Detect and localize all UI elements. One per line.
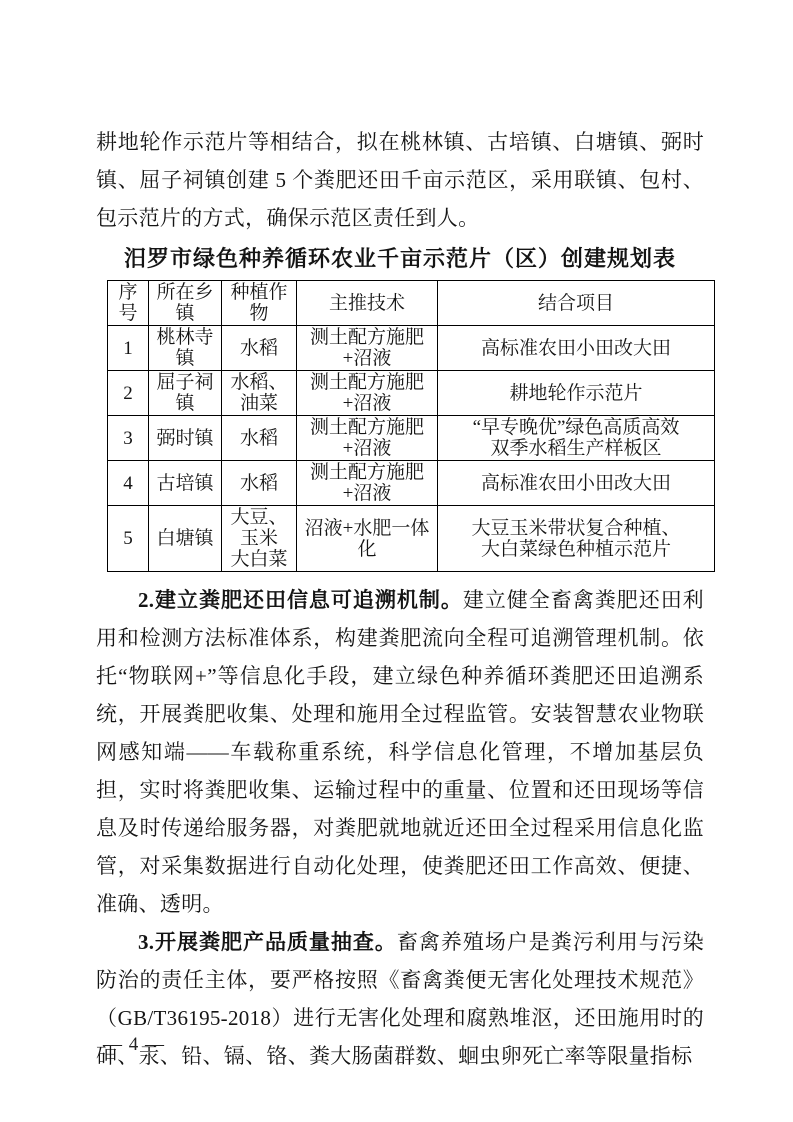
table-cell: 1 xyxy=(108,326,149,371)
table-cell: 2 xyxy=(108,371,149,416)
table-row: 3 弼时镇 水稻 测土配方施肥+沼液 “早专晚优”绿色高质高效 双季水稻生产样板… xyxy=(108,416,715,461)
page-number: — 4 — xyxy=(103,1034,165,1056)
table-cell: 耕地轮作示范片 xyxy=(438,371,715,416)
table-cell: 水稻、油菜 xyxy=(222,371,297,416)
paragraph-continuation: 耕地轮作示范片等相结合，拟在桃林镇、古培镇、白塘镇、弼时镇、屈子祠镇创建 5 个… xyxy=(96,123,704,237)
table-cell: 测土配方施肥+沼液 xyxy=(297,371,438,416)
table-header-cell: 序号 xyxy=(108,281,149,326)
table-cell: 测土配方施肥+沼液 xyxy=(297,326,438,371)
paragraph-lead: 3.开展粪肥产品质量抽查。 xyxy=(138,930,397,954)
table-cell: 水稻 xyxy=(222,461,297,506)
table-title: 汨罗市绿色种养循环农业千亩示范片（区）创建规划表 xyxy=(96,240,704,277)
table-header-cell: 结合项目 xyxy=(438,281,715,326)
table-cell: 屈子祠镇 xyxy=(149,371,222,416)
table-row: 2 屈子祠镇 水稻、油菜 测土配方施肥+沼液 耕地轮作示范片 xyxy=(108,371,715,416)
paragraph-section-3: 3.开展粪肥产品质量抽查。畜禽养殖场户是粪污利用与污染防治的责任主体，要严格按照… xyxy=(96,923,704,1075)
document-page: 耕地轮作示范片等相结合，拟在桃林镇、古培镇、白塘镇、弼时镇、屈子祠镇创建 5 个… xyxy=(0,0,793,1122)
table-cell: 白塘镇 xyxy=(149,506,222,572)
paragraph-text: 建立健全畜禽粪肥还田利用和检测方法标准体系，构建粪肥流向全程可追溯管理机制。依托… xyxy=(96,588,704,916)
table-cell: 5 xyxy=(108,506,149,572)
paragraph-lead: 2.建立粪肥还田信息可追溯机制。 xyxy=(138,588,463,612)
table-cell: 古培镇 xyxy=(149,461,222,506)
document-content: 耕地轮作示范片等相结合，拟在桃林镇、古培镇、白塘镇、弼时镇、屈子祠镇创建 5 个… xyxy=(96,123,704,1075)
paragraph-section-2: 2.建立粪肥还田信息可追溯机制。建立健全畜禽粪肥还田利用和检测方法标准体系，构建… xyxy=(96,581,704,923)
table-row: 4 古培镇 水稻 测土配方施肥+沼液 高标准农田小田改大田 xyxy=(108,461,715,506)
table-cell: 4 xyxy=(108,461,149,506)
table-cell: 水稻 xyxy=(222,416,297,461)
paragraph-text: 耕地轮作示范片等相结合，拟在桃林镇、古培镇、白塘镇、弼时镇、屈子祠镇创建 5 个… xyxy=(96,130,704,230)
table-row: 5 白塘镇 大豆、玉米 大白菜 沼液+水肥一体化 大豆玉米带状复合种植、 大白菜… xyxy=(108,506,715,572)
table-cell: 沼液+水肥一体化 xyxy=(297,506,438,572)
table-header-cell: 主推技术 xyxy=(297,281,438,326)
table-header-cell: 种植作物 xyxy=(222,281,297,326)
table-cell: 高标准农田小田改大田 xyxy=(438,326,715,371)
table-cell: 高标准农田小田改大田 xyxy=(438,461,715,506)
table-cell: 测土配方施肥+沼液 xyxy=(297,461,438,506)
table-container: 序号 所在乡镇 种植作物 主推技术 结合项目 1 桃林寺镇 水稻 测土配方施肥+… xyxy=(107,280,714,572)
table-cell: 弼时镇 xyxy=(149,416,222,461)
table-header-cell: 所在乡镇 xyxy=(149,281,222,326)
plan-table: 序号 所在乡镇 种植作物 主推技术 结合项目 1 桃林寺镇 水稻 测土配方施肥+… xyxy=(107,280,715,572)
table-cell: 大豆玉米带状复合种植、 大白菜绿色种植示范片 xyxy=(438,506,715,572)
table-cell: 水稻 xyxy=(222,326,297,371)
table-cell: 大豆、玉米 大白菜 xyxy=(222,506,297,572)
table-cell: “早专晚优”绿色高质高效 双季水稻生产样板区 xyxy=(438,416,715,461)
table-header-row: 序号 所在乡镇 种植作物 主推技术 结合项目 xyxy=(108,281,715,326)
table-cell: 3 xyxy=(108,416,149,461)
table-cell: 测土配方施肥+沼液 xyxy=(297,416,438,461)
table-cell: 桃林寺镇 xyxy=(149,326,222,371)
table-row: 1 桃林寺镇 水稻 测土配方施肥+沼液 高标准农田小田改大田 xyxy=(108,326,715,371)
